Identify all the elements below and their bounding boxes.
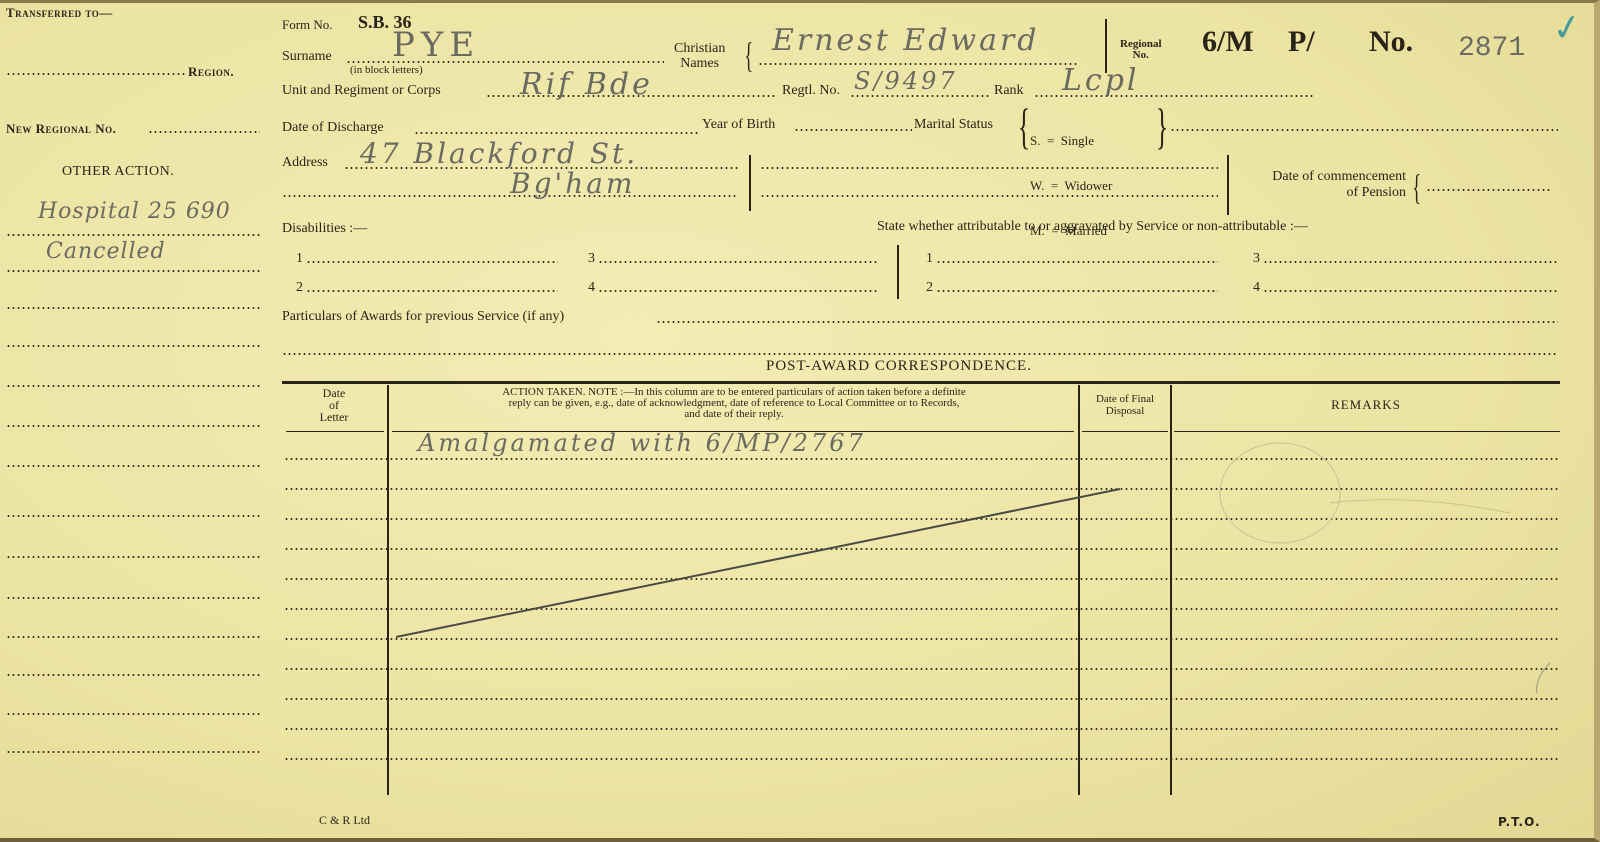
marital-status-options: S. = Single W. = Widower M. = Married xyxy=(1030,103,1112,268)
rank-value: Lcpl xyxy=(1062,63,1140,98)
table-row[interactable] xyxy=(284,698,1560,700)
christian-label-line2: Names xyxy=(674,56,725,71)
other-action-line[interactable] xyxy=(6,674,260,676)
handwritten-hospital-note: Hospital 25 690 xyxy=(38,199,231,224)
address-extra-line[interactable] xyxy=(760,195,1218,197)
pension-commencement-label: Date of commencement of Pension xyxy=(1240,169,1406,201)
attributable-label: State whether attributable to or aggrava… xyxy=(877,219,1308,235)
surname-label: Surname xyxy=(282,49,332,65)
regtl-no-label: Regtl. No. xyxy=(782,83,840,99)
region-field[interactable] xyxy=(6,73,186,75)
header-rule xyxy=(286,431,384,432)
marital-option-widower[interactable]: W. = Widower xyxy=(1030,178,1112,193)
other-action-line[interactable] xyxy=(6,345,260,347)
regtl-no-value: S/9497 xyxy=(854,67,958,95)
pension-commencement-field[interactable] xyxy=(1426,189,1552,191)
year-of-birth-label: Year of Birth xyxy=(702,117,775,133)
pension-record-card: Transferred to— Region. New Regional No.… xyxy=(0,0,1600,842)
col-final-line: Disposal xyxy=(1082,405,1168,417)
disability-2-field[interactable] xyxy=(306,290,558,292)
faint-pencil-marks xyxy=(1210,433,1560,693)
other-action-line[interactable] xyxy=(6,385,260,387)
other-action-line[interactable] xyxy=(6,636,260,638)
diagonal-strike-line xyxy=(390,483,1130,643)
column-divider xyxy=(1170,385,1172,795)
col-header-remarks: REMARKS xyxy=(1174,397,1558,413)
address-label: Address xyxy=(282,155,328,171)
table-row[interactable] xyxy=(284,758,1560,760)
attributable-2-field[interactable] xyxy=(936,290,1218,292)
regional-no-label-big: No. xyxy=(1369,25,1413,59)
disability-3-field[interactable] xyxy=(598,261,878,263)
regional-label-line2: No. xyxy=(1120,50,1162,61)
disability-number: 3 xyxy=(588,251,595,267)
attributable-1-field[interactable] xyxy=(936,261,1218,263)
col-action-line: and date of their reply. xyxy=(392,409,1076,420)
pension-label-line2: of Pension xyxy=(1240,185,1406,201)
col-final-line: Date of Final xyxy=(1082,393,1168,405)
brace: { xyxy=(1412,169,1421,205)
brace: } xyxy=(1156,101,1168,151)
correspondence-title: POST-AWARD CORRESPONDENCE. xyxy=(766,358,1032,375)
regional-no-value: 2871 xyxy=(1458,33,1525,64)
form-no-label: Form No. xyxy=(282,17,333,33)
attributable-number: 4 xyxy=(1253,280,1260,296)
address-line1-value: 47 Blackford St. xyxy=(360,137,638,170)
header-rule xyxy=(1174,431,1560,432)
awards-field-line2[interactable] xyxy=(282,353,1558,355)
marital-option-single[interactable]: S. = Single xyxy=(1030,133,1112,148)
awards-field[interactable] xyxy=(656,321,1558,323)
other-action-line[interactable] xyxy=(6,515,260,517)
regional-no-label: Regional No. xyxy=(1120,39,1162,61)
divider xyxy=(749,155,751,211)
address-extra-line[interactable] xyxy=(760,167,1218,169)
christian-label-line1: Christian xyxy=(674,41,725,56)
surname-hint: (in block letters) xyxy=(350,64,423,76)
other-action-heading: OTHER ACTION. xyxy=(62,164,174,180)
header-rule xyxy=(1082,431,1168,432)
other-action-line[interactable] xyxy=(6,556,260,558)
printer-mark: C & R Ltd xyxy=(319,813,370,828)
disability-4-field[interactable] xyxy=(598,290,878,292)
christian-names-field[interactable] xyxy=(758,63,1078,65)
please-turn-over: P.T.O. xyxy=(1498,815,1541,829)
surname-value: PYE xyxy=(392,25,480,65)
col-header-action-taken: ACTION TAKEN. NOTE :—In this column are … xyxy=(392,387,1076,420)
region-label: Region. xyxy=(188,64,234,80)
marital-status-field[interactable] xyxy=(1170,129,1558,131)
divider xyxy=(1227,155,1229,215)
handwritten-cancelled-note: Cancelled xyxy=(46,239,166,264)
divider xyxy=(897,245,899,299)
other-action-line[interactable] xyxy=(6,751,260,753)
awards-label: Particulars of Awards for previous Servi… xyxy=(282,309,564,325)
brace: { xyxy=(1018,101,1030,151)
other-action-line[interactable] xyxy=(6,307,260,309)
disabilities-label: Disabilities :— xyxy=(282,221,367,237)
column-divider xyxy=(387,385,389,795)
other-action-line[interactable] xyxy=(6,597,260,599)
christian-names-value: Ernest Edward xyxy=(772,23,1040,58)
attributable-3-field[interactable] xyxy=(1263,261,1559,263)
transferred-to-label: Transferred to— xyxy=(6,5,113,21)
disability-number: 4 xyxy=(588,280,595,296)
other-action-line[interactable] xyxy=(6,234,260,236)
regional-p: P/ xyxy=(1288,25,1315,59)
year-of-birth-field[interactable] xyxy=(794,129,912,131)
attributable-number: 2 xyxy=(926,280,933,296)
marital-status-label: Marital Status xyxy=(914,117,993,133)
unit-label: Unit and Regiment or Corps xyxy=(282,83,441,99)
brace: { xyxy=(744,37,753,73)
unit-value: Rif Bde xyxy=(520,67,653,102)
attributable-number: 1 xyxy=(926,251,933,267)
discharge-field[interactable] xyxy=(414,132,700,134)
action-entry-1: Amalgamated with 6/MP/2767 xyxy=(418,429,866,457)
rank-label: Rank xyxy=(994,83,1024,99)
new-regional-no-field[interactable] xyxy=(148,131,260,133)
disability-number: 1 xyxy=(296,251,303,267)
other-action-line[interactable] xyxy=(6,465,260,467)
regtl-no-field[interactable] xyxy=(850,95,990,97)
attributable-4-field[interactable] xyxy=(1263,290,1559,292)
table-top-rule xyxy=(282,381,1560,384)
other-action-line[interactable] xyxy=(6,270,260,272)
christian-names-label: Christian Names xyxy=(674,41,725,71)
pension-label-line1: Date of commencement xyxy=(1240,169,1406,185)
regional-prefix: 6/M xyxy=(1202,25,1254,59)
check-mark-icon: ✓ xyxy=(1549,5,1586,52)
address-line2-value: Bg'ham xyxy=(510,167,635,200)
col-date-line: Letter xyxy=(282,411,386,423)
new-regional-no-label: New Regional No. xyxy=(6,121,116,137)
discharge-label: Date of Discharge xyxy=(282,120,384,136)
attributable-number: 3 xyxy=(1253,251,1260,267)
disability-number: 2 xyxy=(296,280,303,296)
col-header-date-of-letter: Date of Letter xyxy=(282,387,386,423)
table-row[interactable] xyxy=(284,728,1560,730)
col-header-final-disposal: Date of Final Disposal xyxy=(1082,393,1168,417)
other-action-line[interactable] xyxy=(6,713,260,715)
disability-1-field[interactable] xyxy=(306,261,558,263)
other-action-line[interactable] xyxy=(6,425,260,427)
